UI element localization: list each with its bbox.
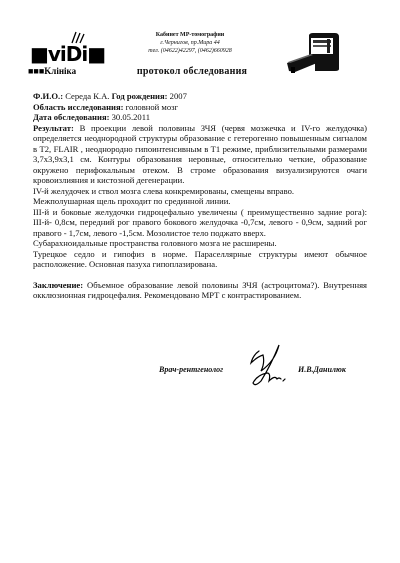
clinic-phones: тел. (04622)42297, (0462)660928 [120, 47, 260, 55]
protocol-page: ■viDi■ ■■■Kлініка Кабинет МР-томографии … [0, 0, 400, 563]
birth-value: 2007 [168, 91, 187, 101]
clinic-address: г.Чернигов, пр.Мира 44 [120, 39, 260, 47]
result-paragraph-3: III-й и боковые желудочки гидроцефально … [33, 207, 367, 239]
result-label: Результат: [33, 123, 74, 133]
area-line: Область исследования: головной мозг [33, 102, 367, 113]
result-paragraph-5: Турецкое седло и гипофиз в норме. Парасе… [33, 249, 367, 270]
report-body: Ф.И.О.: Середа К.А. Год рождения: 2007 О… [33, 91, 367, 301]
conclusion-label: Заключение: [33, 280, 83, 290]
patient-line: Ф.И.О.: Середа К.А. Год рождения: 2007 [33, 91, 367, 102]
signature-block: Врач-рентгенолог И.В.Данилюк [0, 361, 400, 401]
birth-label: Год рождения: [112, 91, 168, 101]
result-paragraph-0: Результат: В проекции левой половины ЗЧЯ… [33, 123, 367, 186]
result-paragraph-2: Межполушарная щель проходит по срединной… [33, 196, 367, 207]
logo-main-text: ■viDi■ [30, 42, 105, 66]
logo-sub-text: ■■■Kлініка [28, 66, 76, 76]
signer-role: Врач-рентгенолог [159, 365, 223, 374]
signer-name: И.В.Данилюк [298, 365, 346, 374]
conclusion-paragraph: Заключение: Объемное образование левой п… [33, 280, 367, 301]
conclusion-text: Объемное образование левой половины ЗЧЯ … [33, 280, 367, 301]
area-value: головной мозг [124, 102, 179, 112]
mri-scanner-icon [283, 31, 345, 75]
clinic-name: Кабинет МР-томографии [120, 31, 260, 39]
document-title: протокол обследования [112, 66, 272, 77]
clinic-header: Кабинет МР-томографии г.Чернигов, пр.Мир… [120, 31, 260, 55]
result-paragraph-4: Субарахноидальные пространства головного… [33, 238, 367, 249]
result-paragraph-1: IV-й желудочек и ствол мозга слева конкр… [33, 186, 367, 197]
name-label: Ф.И.О.: [33, 91, 63, 101]
date-value: 30.05.2011 [109, 112, 150, 122]
spacer [33, 270, 367, 280]
date-line: Дата обследования: 30.05.2011 [33, 112, 367, 123]
clinic-logo: ■viDi■ ■■■Kлініка [26, 30, 96, 80]
date-label: Дата обследования: [33, 112, 109, 122]
name-value: Середа К.А. [63, 91, 112, 101]
area-label: Область исследования: [33, 102, 124, 112]
handwritten-signature-icon [245, 341, 297, 389]
result-text-0: В проекции левой половины ЗЧЯ (червя моз… [33, 123, 367, 186]
